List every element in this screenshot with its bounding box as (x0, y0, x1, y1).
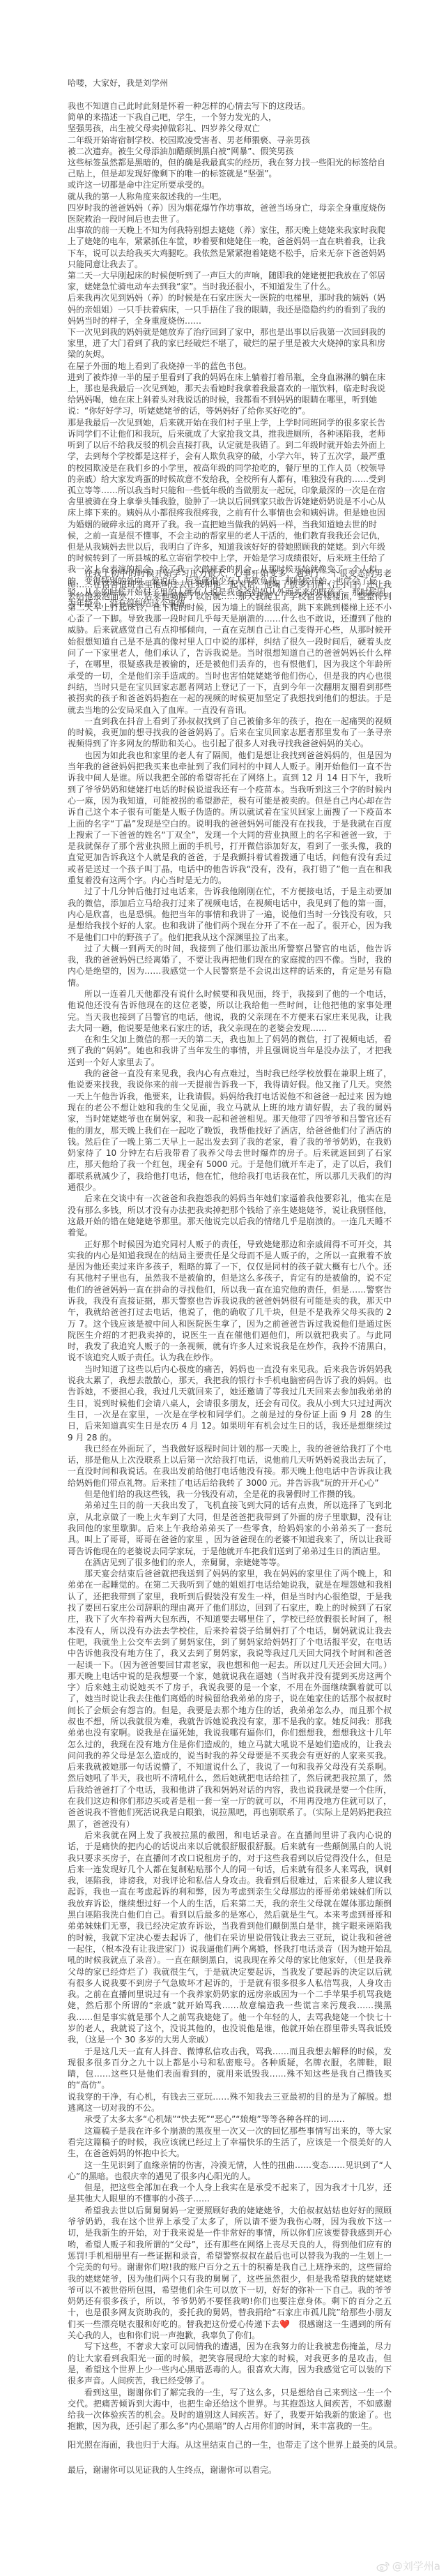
body-paragraph: 看到这里，谢谢你们了解完我的一生，写了这么多，只是想给自己来到这一生一个交代。把… (68, 2387, 392, 2432)
body-paragraph: 在酒店见到了很多他们的亲人，亲舅舅，亲姥姥等等。 (68, 1557, 392, 1568)
body-paragraph: 写下这些，不奢求大家可以同情我的遭遇，因为在我努力的让我被悲伤掩盖，尽力的让大家… (68, 2341, 392, 2386)
weibo-icon (376, 2561, 390, 2572)
body-paragraph: 过了十几分钟后他打过电话来，告诉我他刚刚在忙，不方便接电话，于是主动要加我的微信… (68, 886, 392, 942)
body-paragraph: 弟弟过生日的前一天我出发了，飞机直接飞到大同的话有点贵，所以选择了飞到北京，从北… (68, 1500, 392, 1556)
greeting: 哈喽，大家好，我是刘学州 (68, 77, 168, 89)
intro-line: 我也不知道自己此时此刻是怀着一种怎样的心情去写下的这段话。 (68, 100, 392, 112)
body-paragraph: 后来我就在网上发了我被拉黑的截图，和电话录音。在直播间里讲了我内心说的话，于是痛… (68, 1830, 392, 2046)
body-paragraph: 但是，把这些全部加在我一个人身上我实在是承受不起来了，因为我才十几岁，还是其他大… (68, 2182, 392, 2205)
intro-paragraph: 四岁时我的爸爸妈妈（养）因为烟花爆竹作坊事故，爸爸当场身亡，母亲全身重度烧伤医院… (68, 202, 392, 225)
intro-line: 坚强男孩，出生被父母卖掉做彩礼、四岁养父母双亡 (68, 123, 392, 134)
body-paragraph: 过了大概一到两天的时间，我接到了他们那边派出所警察吕警官的电话，他告诉我，我的爸… (68, 943, 392, 988)
body-paragraph: 在我上初中的时候开始学习压力很大，心事开始变多，遇到了一个很变态的男老师……在宿… (68, 568, 392, 716)
intro-line: 二年级开始寄宿制学校、校园欺凌受害者、男老师猥亵、寻亲男孩 (68, 135, 392, 146)
body-paragraph: 承受了太多太多“心机婊”“快去死”“恶心”“娘炮”等等各种各样的词…… (68, 2114, 392, 2125)
intro-line: 简单的来描述一下我自己吧，学生，一个努力发光的人， (68, 112, 392, 123)
intro-paragraph: 后来我再次见到妈妈（养）的时候是在石家庄医大一医院的电梯里，那时我的姨妈（妈妈的… (68, 292, 392, 326)
body-paragraph: 当时知道了这些以后内心极度的痛苦，妈妈也一直没有来见我。后来我告诉妈妈我说我太累… (68, 1364, 392, 1443)
body-paragraph: 于是这几天一直有人抖音、微博私信攻击我，骂我……而且我想去解释的时候，发现很多很… (68, 2046, 392, 2091)
intro-section: 我也不知道自己此时此刻是怀着一种怎样的心情去写下的这段话。 简单的来描述一下我自… (68, 100, 392, 609)
watermark-text: @刘学州a (392, 2559, 440, 2573)
body-paragraph: 说我穿的干净，有心机，有钱去三亚玩……殊不知我去三亚最初的目的是为了解脱。想逃离… (68, 2091, 392, 2114)
body-section: 在我上初中的时候开始学习压力很大，心事开始变多，遇到了一个很变态的男老师……在宿… (68, 568, 392, 2432)
intro-line: 或许这一切都是命中注定所要承受的。 (68, 179, 392, 190)
intro-paragraph: 在屋子外面的地上看到了我烧掉一半的蓝色书包。 (68, 361, 392, 372)
body-paragraph: 这篇稿子是我在许多个崩溃的黑夜里一次又一次的回忆那些事情写出来的，等大家看完这篇… (68, 2125, 392, 2160)
intro-paragraph: 下一次见到我的妈妈就是她放弃了治疗回到了家中，那也是出事以后我第一次回到我的家里… (68, 326, 392, 361)
body-paragraph: 希望我去世以后舅舅舅妈一定要照顾好我的姥姥姥爷，大伯叔叔姑姑也好好的照顾爷爷奶奶… (68, 2205, 392, 2342)
body-paragraph: 在和生父加上微信的那一天的第二天，我也加上了妈妈的微信，打了视频电话，看到了我的… (68, 1034, 392, 1068)
body-paragraph: 后来在交谈中有一次爸爸和我抱怨我的妈妈当年她们家逼着我他要彩礼，他实在是没有那么… (68, 1193, 392, 1238)
intro-line: 被二次遗弃。被生父母添油加醋颠倒黑白被“网暴”、假笑男孩 (68, 146, 392, 157)
body-paragraph: 正好那个时候因为追究同村人贩子的责任，导致姥姥那边和亲戚闹得不可开交，其实我的内… (68, 1239, 392, 1364)
body-paragraph: 我的爸爸一直没有来见我，我内心有点难过，当时我已经学校放假在兼职上班了，他说要来… (68, 1068, 392, 1193)
intro-line: 这些标签虽然都是黑暗的，但的确是我最真实的经历，我在努力找一些阳光的标签给自己贴… (68, 157, 392, 179)
body-paragraph: 也因为如此我也和家里的老人有了隔阂，他们是想让我找到爸爸妈妈的，但是因为当年我的… (68, 750, 392, 887)
body-paragraph: 一直到我在抖音上看到了孙叔叔找到了自己被偷多年的孩子，抱在一起痛哭的视频的时候，… (68, 716, 392, 750)
body-paragraph: 我已经在外面玩了，当我做好返程时间计划的那一天晚上，我的爸爸给我打了个电话，那是… (68, 1443, 392, 1489)
intro-line: 就从我的第一人称角度来叙述我的一生吧。 (68, 191, 392, 202)
document-page: 哈喽，大家好，我是刘学州 我也不知道自己此时此刻是怀着一种怎样的心情去写下的这段… (0, 0, 446, 2576)
watermark: @刘学州a (376, 2559, 440, 2573)
body-paragraph: 但是他们给的我这些钱，我一分钱没有动，全是花的我暑假时工作攒的钱。 (68, 1489, 392, 1500)
closing-line: 最后，谢谢你可以见证我的人生终点，谢谢你可以看完。 (68, 2464, 277, 2476)
closing-line: 阳光照在海面，我也归于大海。从这里结束自己的一生，也带走了这个世界上最美的风景。 (68, 2439, 402, 2450)
intro-paragraph: 出事故的前一天晚上不知为何我特别想去姥姥（养）家住，那天晚上姥姥来我家时我爬上了… (68, 225, 392, 270)
body-paragraph: 那天宴会结束后爸爸就把我送到了妈妈的家里，我在妈妈的家里住了两个晚上，和弟弟在一… (68, 1568, 392, 1830)
intro-paragraph: 第二天一大早刚起床的时候便听到了一声巨大的声响，随即我的姥姥便把我放在了邻居家，… (68, 270, 392, 292)
body-paragraph: 这一生见识到了血缘亲情的伤害，冷漠无情，人性的扭曲……变态……见识到了“人心”的… (68, 2160, 392, 2183)
intro-paragraph: 进到了被炸掉一半的屋子里看到了我的妈妈在床上躺着打着吊瓶，全身血淋淋的躺在床上，… (68, 372, 392, 417)
body-paragraph: 所以一连着几天他都没有说什么时候要和我见面，终于，我接到了他的一个电话，他说他还… (68, 988, 392, 1034)
